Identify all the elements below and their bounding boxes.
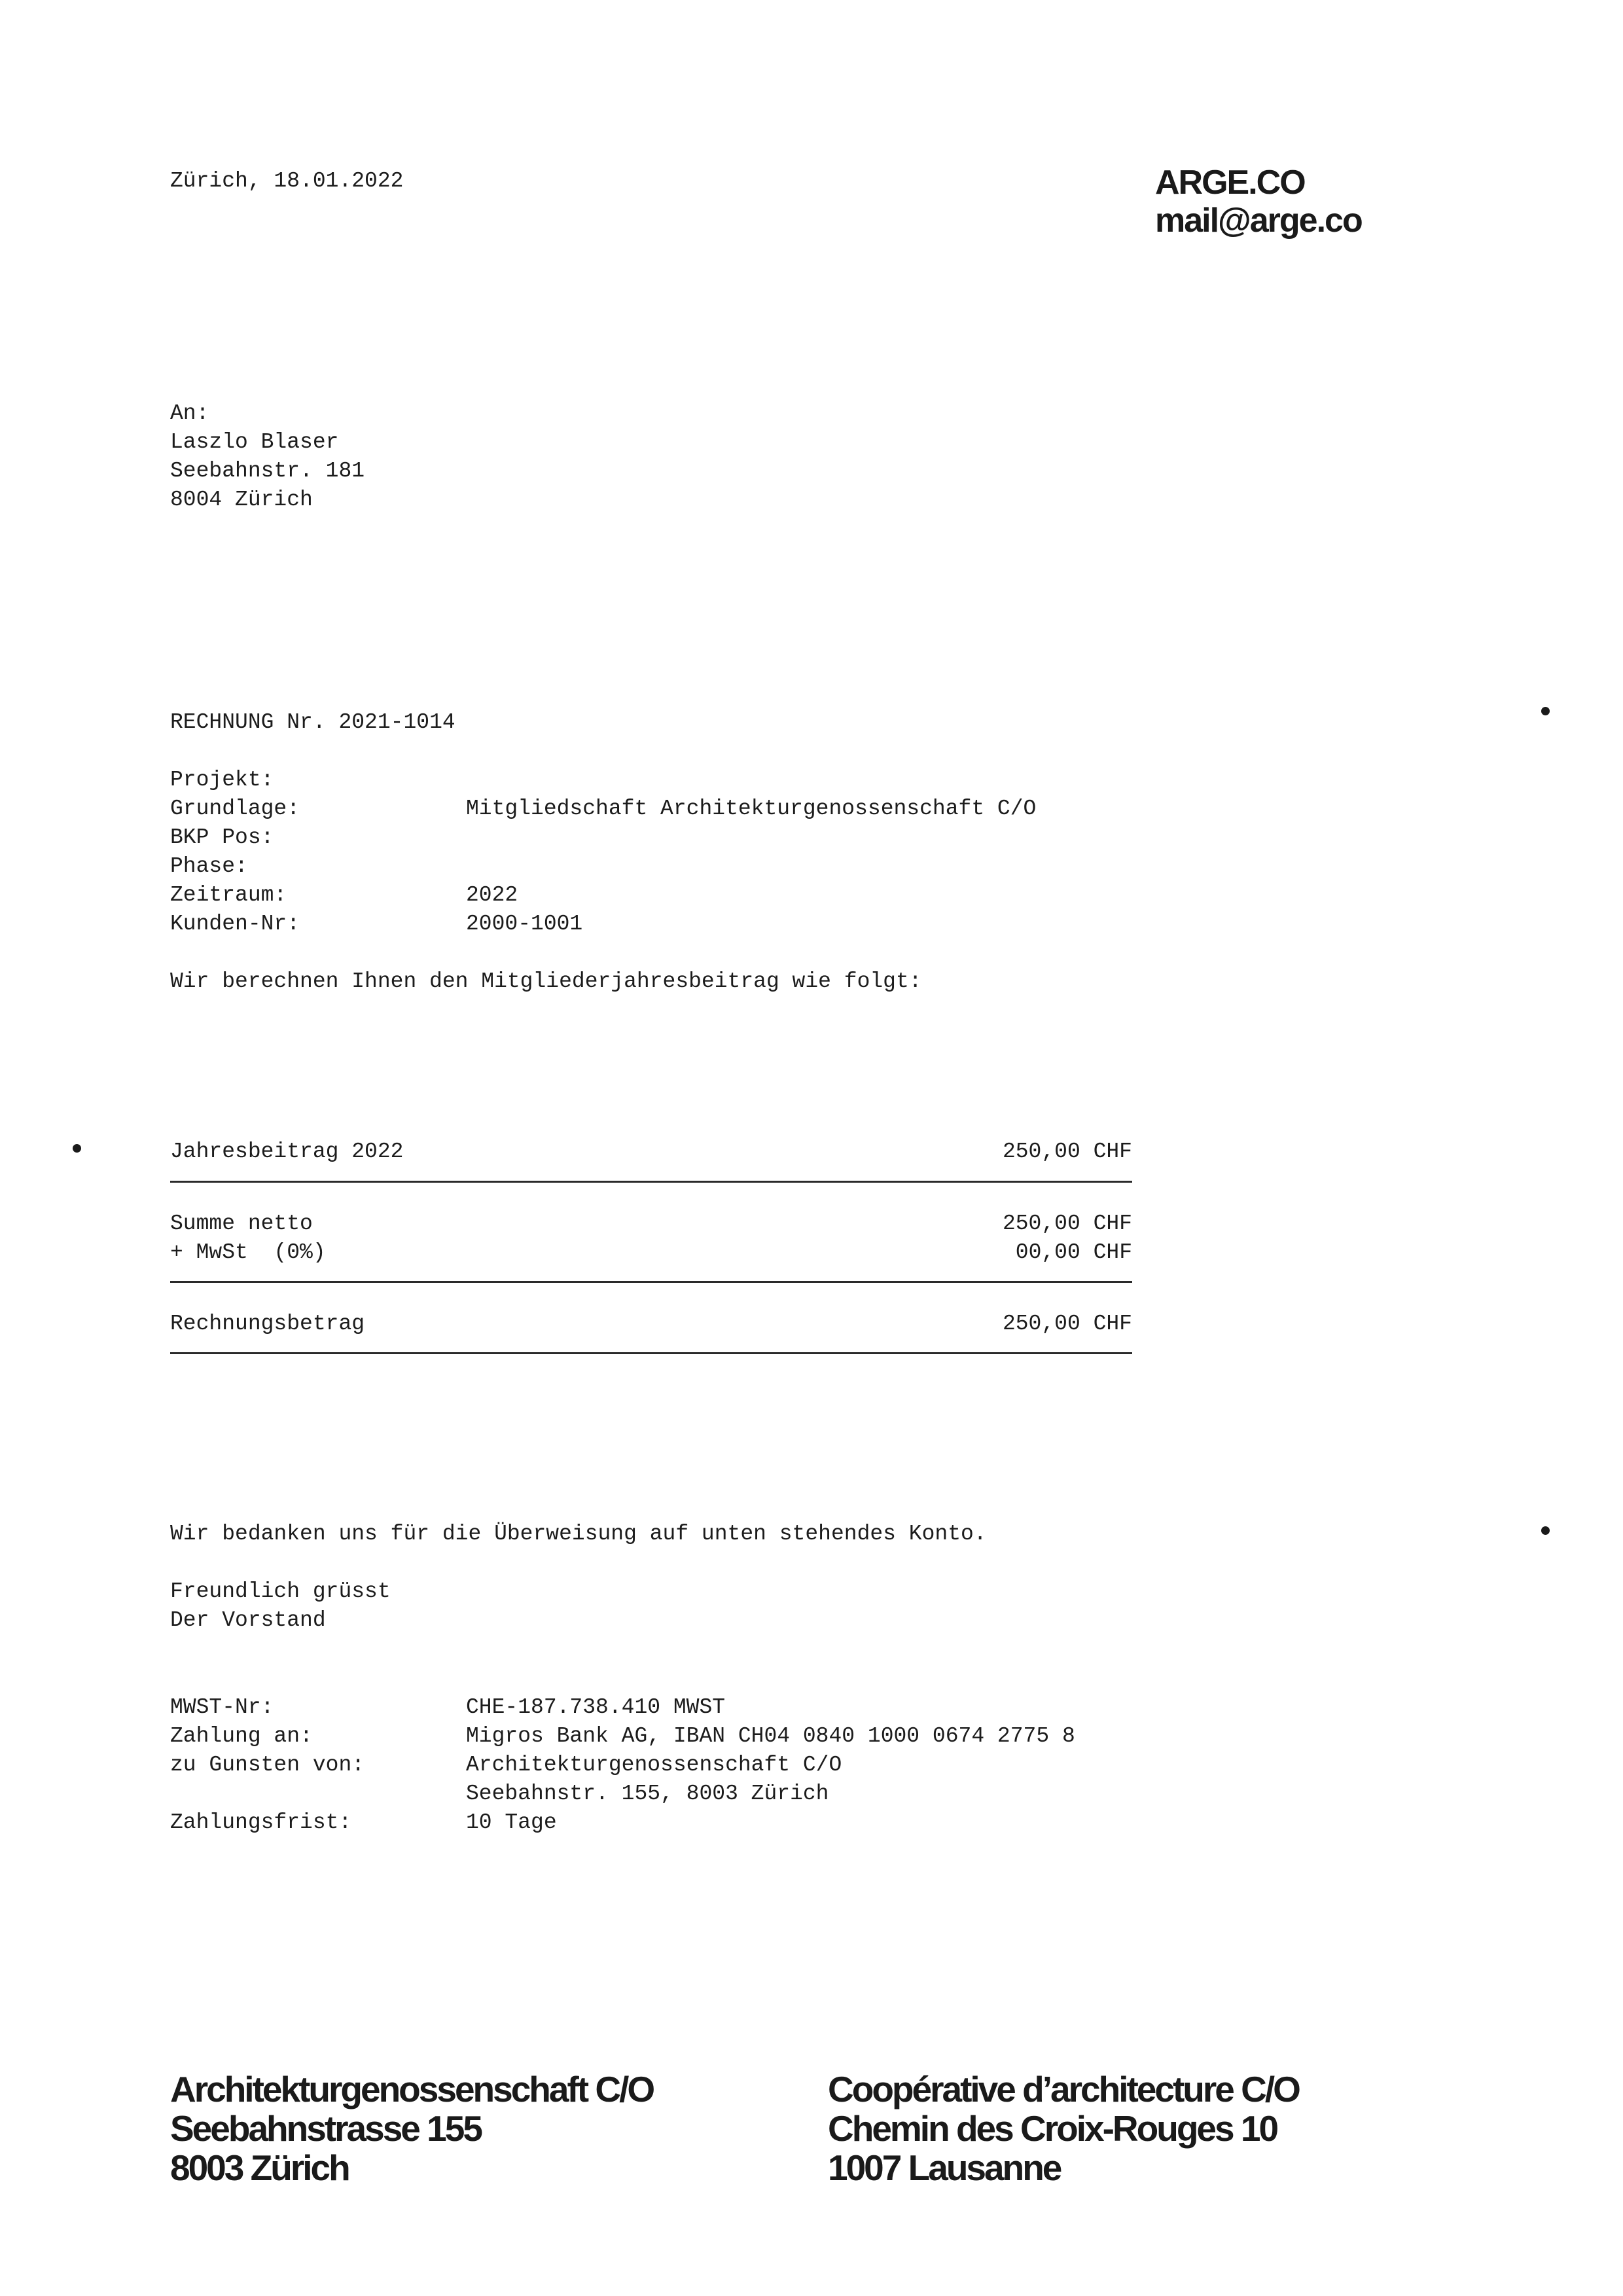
field-row: BKP Pos: [170, 823, 1036, 852]
place-date: Zürich, 18.01.2022 [170, 167, 403, 196]
vat-amount: 00,00 CHF [1016, 1238, 1132, 1267]
payment-label [170, 1780, 466, 1808]
recipient-address: An: Laszlo Blaser Seebahnstr. 181 8004 Z… [170, 399, 365, 514]
table-divider [170, 1352, 1132, 1354]
payment-value: Migros Bank AG, IBAN CH04 0840 1000 0674… [466, 1722, 1075, 1751]
closing-block: Wir bedanken uns für die Überweisung auf… [170, 1520, 987, 1635]
payment-value: CHE-187.738.410 MWST [466, 1693, 725, 1722]
field-value: 2000-1001 [466, 910, 582, 939]
item-amount: 250,00 CHF [1003, 1138, 1132, 1166]
total-amount: 250,00 CHF [1003, 1310, 1132, 1338]
recipient-street: Seebahnstr. 181 [170, 457, 365, 486]
payment-details: MWST-Nr:CHE-187.738.410 MWST Zahlung an:… [170, 1693, 1075, 1837]
closing-thanks: Wir bedanken uns für die Überweisung auf… [170, 1520, 987, 1549]
payment-row: zu Gunsten von:Architekturgenossenschaft… [170, 1751, 1075, 1780]
invoice-title: RECHNUNG Nr. 2021-1014 [170, 708, 1036, 737]
footer-address-zurich: Architekturgenossenschaft C/O Seebahnstr… [170, 2070, 653, 2187]
fold-mark-bottom-right [1541, 1526, 1550, 1535]
footer-left-line3: 8003 Zürich [170, 2148, 653, 2187]
payment-label: Zahlung an: [170, 1722, 466, 1751]
table-row-net: Summe netto 250,00 CHF [170, 1210, 1132, 1238]
fold-mark-top-right [1541, 707, 1550, 715]
field-value: 2022 [466, 881, 518, 910]
field-label: Grundlage: [170, 795, 466, 823]
field-row: Projekt: [170, 766, 1036, 795]
field-row: Zeitraum:2022 [170, 881, 1036, 910]
table-row-vat: + MwSt (0%) 00,00 CHF [170, 1238, 1132, 1267]
payment-row: Zahlung an:Migros Bank AG, IBAN CH04 084… [170, 1722, 1075, 1751]
amounts-table: Jahresbeitrag 2022 250,00 CHF Summe nett… [170, 1138, 1132, 1354]
field-row: Grundlage:Mitgliedschaft Architekturgeno… [170, 795, 1036, 823]
payment-row: Seebahnstr. 155, 8003 Zürich [170, 1780, 1075, 1808]
fold-mark-left [73, 1144, 81, 1153]
footer-left-line2: Seebahnstrasse 155 [170, 2109, 653, 2148]
footer-right-line3: 1007 Lausanne [828, 2148, 1299, 2187]
recipient-label: An: [170, 399, 365, 428]
field-label: Projekt: [170, 766, 466, 795]
brand-name: ARGE.CO [1155, 164, 1362, 202]
field-label: Zeitraum: [170, 881, 466, 910]
footer-address-lausanne: Coopérative d’architecture C/O Chemin de… [828, 2070, 1299, 2187]
field-value: Mitgliedschaft Architekturgenossenschaft… [466, 795, 1036, 823]
item-label: Jahresbeitrag 2022 [170, 1138, 403, 1166]
invoice-meta: RECHNUNG Nr. 2021-1014 Projekt: Grundlag… [170, 708, 1036, 996]
payment-value: 10 Tage [466, 1808, 557, 1837]
table-row-item: Jahresbeitrag 2022 250,00 CHF [170, 1138, 1132, 1166]
net-amount: 250,00 CHF [1003, 1210, 1132, 1238]
invoice-intro: Wir berechnen Ihnen den Mitgliederjahres… [170, 967, 1036, 996]
payment-row: MWST-Nr:CHE-187.738.410 MWST [170, 1693, 1075, 1722]
payment-label: Zahlungsfrist: [170, 1808, 466, 1837]
table-row-total: Rechnungsbetrag 250,00 CHF [170, 1310, 1132, 1338]
recipient-city: 8004 Zürich [170, 486, 365, 514]
payment-value: Seebahnstr. 155, 8003 Zürich [466, 1780, 829, 1808]
closing-signature: Der Vorstand [170, 1606, 987, 1635]
recipient-name: Laszlo Blaser [170, 428, 365, 457]
footer-left-line1: Architekturgenossenschaft C/O [170, 2070, 653, 2109]
field-label: BKP Pos: [170, 823, 466, 852]
field-row: Phase: [170, 852, 1036, 881]
payment-label: zu Gunsten von: [170, 1751, 466, 1780]
field-label: Phase: [170, 852, 466, 881]
brand-email[interactable]: mail@arge.co [1155, 202, 1362, 240]
net-label: Summe netto [170, 1210, 313, 1238]
closing-greeting: Freundlich grüsst [170, 1577, 987, 1606]
footer-right-line1: Coopérative d’architecture C/O [828, 2070, 1299, 2109]
payment-value: Architekturgenossenschaft C/O [466, 1751, 842, 1780]
field-label: Kunden-Nr: [170, 910, 466, 939]
vat-label: + MwSt (0%) [170, 1238, 326, 1267]
payment-label: MWST-Nr: [170, 1693, 466, 1722]
total-label: Rechnungsbetrag [170, 1310, 365, 1338]
payment-row: Zahlungsfrist:10 Tage [170, 1808, 1075, 1837]
footer-right-line2: Chemin des Croix-Rouges 10 [828, 2109, 1299, 2148]
brand-block: ARGE.CO mail@arge.co [1155, 164, 1362, 240]
field-row: Kunden-Nr:2000-1001 [170, 910, 1036, 939]
